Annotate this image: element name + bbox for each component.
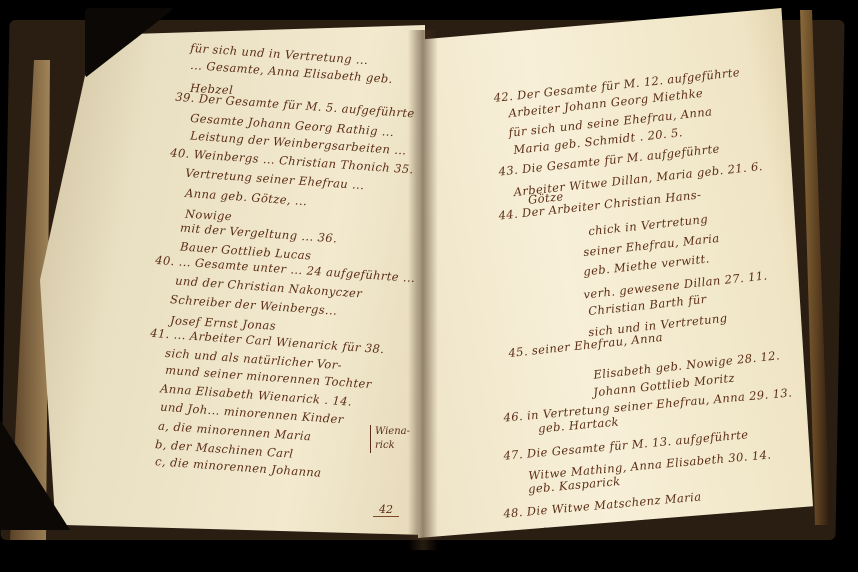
- right-page-handwriting: 42. Der Gesamte für M. 12. aufgeführte A…: [418, 8, 813, 538]
- photo-scene: für sich und in Vertretung ... ... Gesam…: [0, 0, 858, 572]
- handwritten-line: 45. seiner Ehefrau, Anna: [508, 330, 664, 360]
- left-page-handwriting: für sich und in Vertretung ... ... Gesam…: [40, 25, 425, 535]
- left-page: für sich und in Vertretung ... ... Gesam…: [40, 25, 425, 535]
- page-number: 42: [373, 503, 399, 517]
- handwritten-line: Anna geb. Götze, ...: [185, 186, 308, 209]
- bracket-note-line: rick: [375, 439, 410, 453]
- book-spine: [408, 30, 438, 550]
- bracket-note-line: Wiena-: [375, 425, 410, 439]
- margin-bracket-note: Wiena- rick: [370, 425, 410, 453]
- handwritten-line: c, die minorennen Johanna: [155, 454, 322, 480]
- right-page: 42. Der Gesamte für M. 12. aufgeführte A…: [418, 8, 813, 538]
